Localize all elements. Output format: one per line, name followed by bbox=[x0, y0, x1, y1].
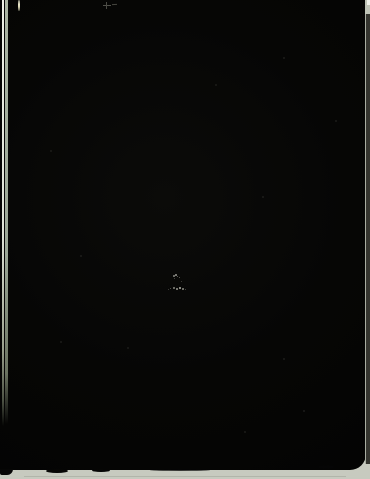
scratch-speck bbox=[174, 278, 175, 279]
scratch-speck bbox=[176, 288, 178, 290]
bottom-edge-protrusion bbox=[150, 469, 210, 471]
bottom-strip-shadow-line bbox=[24, 476, 346, 477]
bottom-edge-protrusion bbox=[318, 465, 334, 469]
dust-speck bbox=[335, 120, 337, 122]
dust-speck bbox=[215, 84, 217, 86]
scratch-speck bbox=[179, 277, 180, 278]
scanned-page bbox=[0, 0, 370, 479]
right-gutter-edge bbox=[365, 0, 370, 464]
dust-speck bbox=[262, 196, 264, 198]
left-page-edge-band bbox=[5, 0, 8, 424]
top-cross-scratch-vertical bbox=[106, 2, 107, 9]
top-left-white-scratch bbox=[18, 0, 20, 11]
scratch-speck bbox=[182, 288, 184, 290]
bottom-edge-protrusion bbox=[46, 469, 68, 473]
dust-speck bbox=[127, 347, 129, 349]
dust-speck bbox=[60, 341, 62, 343]
dust-speck bbox=[303, 410, 305, 412]
scratch-speck bbox=[173, 287, 175, 289]
scratch-speck bbox=[170, 288, 171, 289]
bottom-edge-protrusion bbox=[92, 469, 110, 472]
left-page-edge-bright-line bbox=[2, 0, 4, 426]
dust-speck bbox=[244, 431, 246, 433]
scratch-speck bbox=[177, 276, 178, 277]
dust-speck bbox=[50, 150, 52, 152]
top-cross-scratch-horizontal bbox=[103, 5, 111, 6]
dust-speck bbox=[283, 57, 285, 59]
scratch-speck bbox=[185, 289, 186, 290]
scratch-speck bbox=[181, 281, 182, 282]
bottom-left-cover-protrusion bbox=[0, 469, 13, 475]
dust-speck bbox=[80, 255, 82, 257]
scratch-speck bbox=[168, 289, 169, 290]
dust-speck bbox=[283, 358, 285, 360]
scratch-speck bbox=[179, 287, 181, 289]
book-cover bbox=[0, 0, 366, 470]
